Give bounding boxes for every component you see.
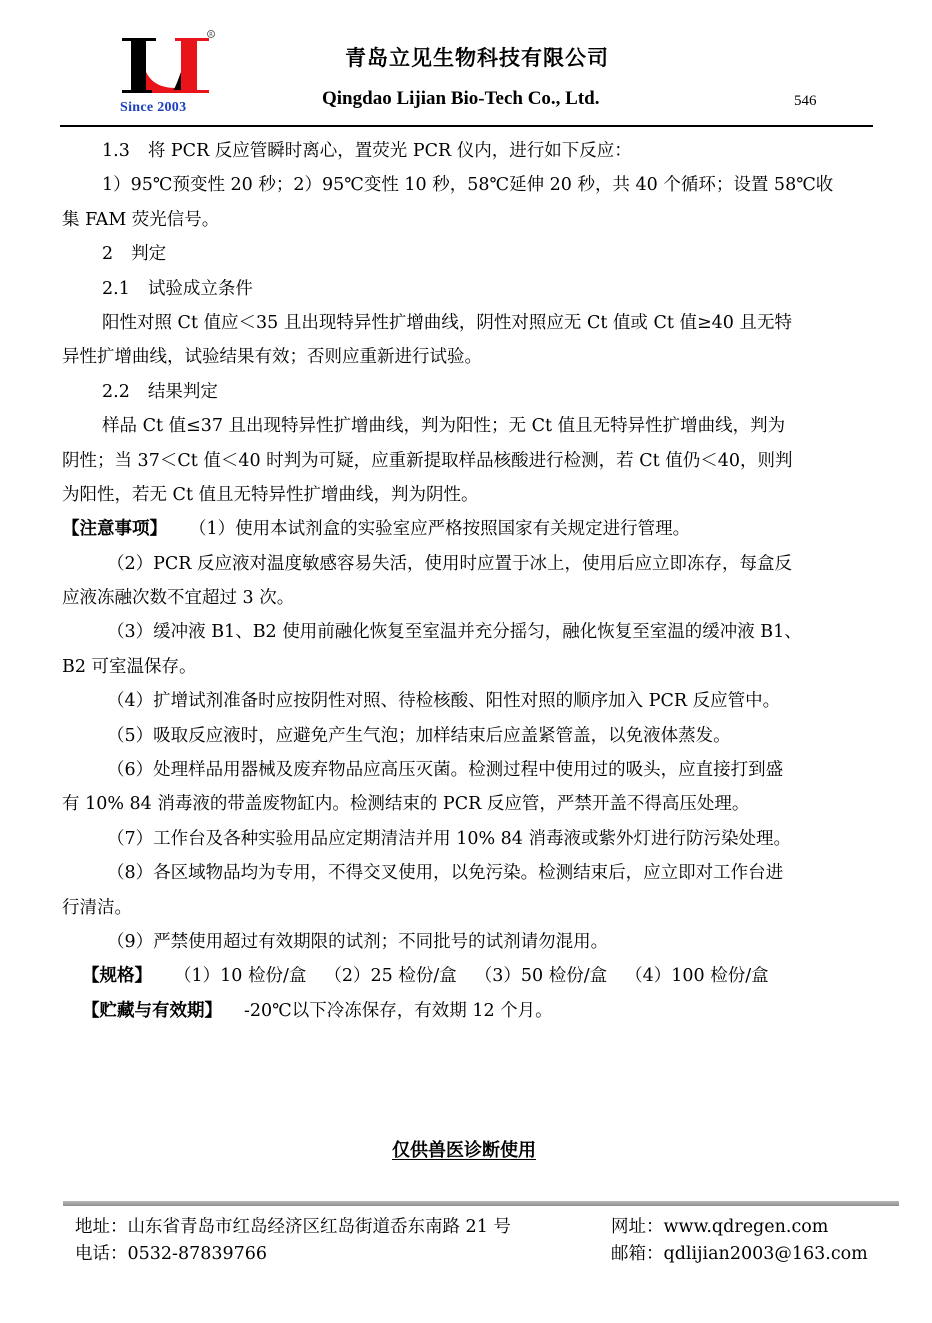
spec-item: （1）10 检份/盒 [174,966,306,986]
storage-text: -20℃以下冷冻保存，有效期 12 个月。 [244,1001,553,1021]
document-body: 1.3将 PCR 反应管瞬时离心，置荧光 PCR 仪内，进行如下反应： 1）95… [62,134,872,1028]
logo-since-text: Since 2003 [120,100,220,116]
note-item: （3）缓冲液 B1、B2 使用前融化恢复至室温并充分摇匀，融化恢复至室温的缓冲液… [62,615,872,649]
note-item: （5）吸取反应液时，应避免产生气泡；加样结束后应盖紧管盖，以免液体蒸发。 [62,719,872,753]
note-item-cont: 应液冻融次数不宜超过 3 次。 [62,581,872,615]
footer-contact-right: 网址：www.qdregen.com 邮箱：qdlijian2003@163.c… [611,1214,868,1268]
footer-divider [63,1201,899,1206]
spec-item: （3）50 检份/盒 [475,966,607,986]
note-item: （2）PCR 反应液对温度敏感容易失活，使用时应置于冰上，使用后应立即冻存，每盒… [62,547,872,581]
paragraph-line: 1）95℃预变性 20 秒；2）95℃变性 10 秒，58℃延伸 20 秒，共 … [62,168,872,202]
company-logo: R Since 2003 [118,30,218,120]
lj-logo-mark-icon: R [118,30,218,100]
paragraph-line: 异性扩增曲线，试验结果有效；否则应重新进行试验。 [62,340,872,374]
specs-heading: 【规格】 [82,966,152,986]
footer-contact-left: 地址：山东省青岛市红岛经济区红岛街道岙东南路 21 号 电话：0532-8783… [75,1214,511,1268]
note-item: （6）处理样品用器械及废弃物品应高压灭菌。检测过程中使用过的吸头，应直接打到盛 [62,753,872,787]
footer-address: 地址：山东省青岛市红岛经济区红岛街道岙东南路 21 号 [75,1214,511,1241]
paragraph-line: 阳性对照 Ct 值应＜35 且出现特异性扩增曲线，阴性对照应无 Ct 值或 Ct… [62,306,872,340]
footer-website: 网址：www.qdregen.com [611,1214,868,1241]
note-item: （9）严禁使用超过有效期限的试剂；不同批号的试剂请勿混用。 [62,925,872,959]
svg-text:R: R [209,32,213,38]
section-2-1-heading: 2.1试验成立条件 [62,272,872,306]
specs-line: 【规格】（1）10 检份/盒（2）25 检份/盒（3）50 检份/盒（4）100… [62,959,872,993]
veterinary-use-notice: 仅供兽医诊断使用 [392,1136,536,1162]
storage-heading: 【贮藏与有效期】 [82,1001,222,1021]
note-item: （1）使用本试剂盒的实验室应严格按照国家有关规定进行管理。 [189,519,690,539]
company-name-en: Qingdao Lijian Bio-Tech Co., Ltd. [322,88,600,110]
footer-phone: 电话：0532-87839766 [75,1241,511,1268]
page-number: 546 [794,93,817,110]
paragraph-line: 阴性；当 37＜Ct 值＜40 时判为可疑，应重新提取样品核酸进行检测，若 Ct… [62,444,872,478]
note-item: （4）扩增试剂准备时应按阴性对照、待检核酸、阳性对照的顺序加入 PCR 反应管中… [62,684,872,718]
paragraph-line: 样品 Ct 值≤37 且出现特异性扩增曲线，判为阳性；无 Ct 值且无特异性扩增… [62,409,872,443]
note-item-cont: B2 可室温保存。 [62,650,872,684]
section-1-3: 1.3将 PCR 反应管瞬时离心，置荧光 PCR 仪内，进行如下反应： [62,134,872,168]
header-divider [60,125,873,127]
spec-item: （4）100 检份/盒 [625,966,769,986]
section-2-2-heading: 2.2结果判定 [62,375,872,409]
note-item-cont: 有 10% 84 消毒液的带盖废物缸内。检测结束的 PCR 反应管，严禁开盖不得… [62,787,872,821]
section-2-heading: 2判定 [62,237,872,271]
spec-item: （2）25 检份/盒 [324,966,456,986]
note-item-cont: 行清洁。 [62,891,872,925]
footer-email: 邮箱：qdlijian2003@163.com [611,1241,868,1268]
storage-line: 【贮藏与有效期】-20℃以下冷冻保存，有效期 12 个月。 [62,994,872,1028]
paragraph-line: 为阳性，若无 Ct 值且无特异性扩增曲线，判为阴性。 [62,478,872,512]
notes-first-line: 【注意事项】（1）使用本试剂盒的实验室应严格按照国家有关规定进行管理。 [62,512,872,546]
note-item: （8）各区域物品均为专用，不得交叉使用，以免污染。检测结束后，应立即对工作台进 [62,856,872,890]
company-name-cn: 青岛立见生物科技有限公司 [345,42,609,72]
paragraph-line: 集 FAM 荧光信号。 [62,203,872,237]
note-item: （7）工作台及各种实验用品应定期清洁并用 10% 84 消毒液或紫外灯进行防污染… [62,822,872,856]
notes-heading: 【注意事项】 [62,519,167,539]
